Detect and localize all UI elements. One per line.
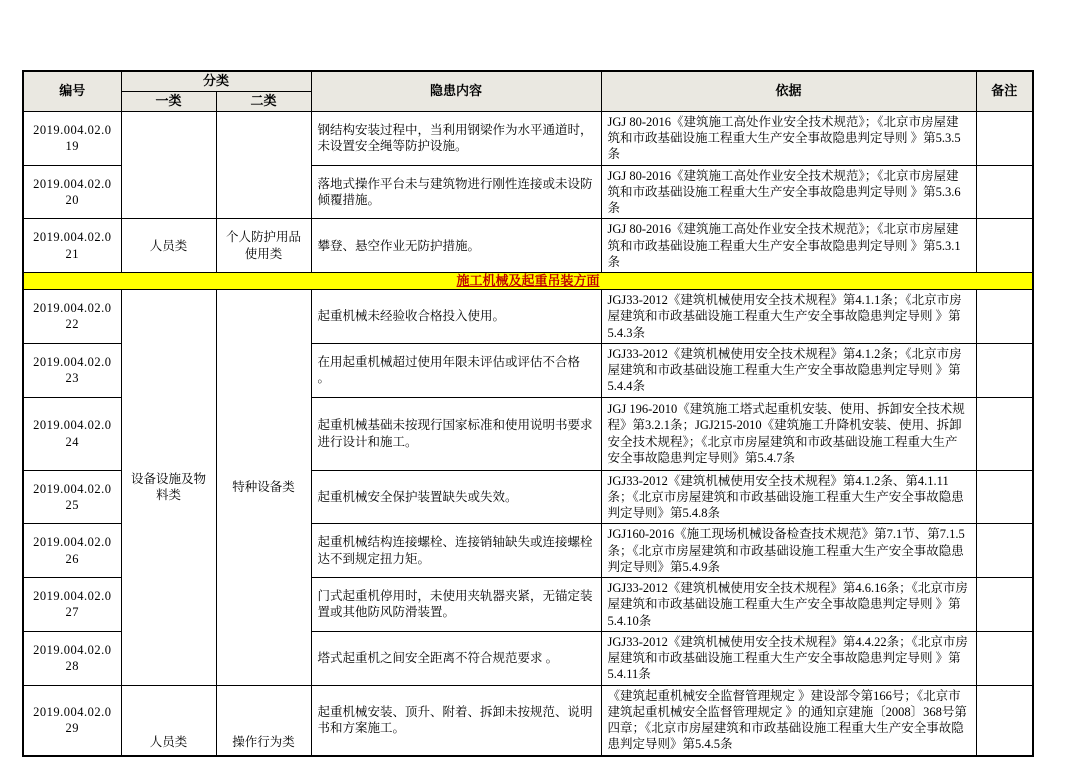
category2-cell: 操作行为类 xyxy=(216,685,311,756)
basis-cell: JGJ33-2012《建筑机械使用安全技术规程》第4.1.2条；《北京市房屋建筑… xyxy=(601,343,976,397)
table-row: 2019.004.02.019 钢结构安装过程中，当利用钢梁作为水平通道时，未设… xyxy=(23,111,1033,165)
remark-cell xyxy=(976,290,1033,344)
id-cell: 2019.004.02.027 xyxy=(23,578,121,632)
basis-cell: JGJ33-2012《建筑机械使用安全技术规程》第4.1.2条、第4.1.11条… xyxy=(601,470,976,524)
section-banner-row: 施工机械及起重吊装方面 xyxy=(23,273,1033,290)
basis-cell: JGJ33-2012《建筑机械使用安全技术规程》第4.1.1条；《北京市房屋建筑… xyxy=(601,290,976,344)
basis-cell: JGJ 196-2010《建筑施工塔式起重机安装、使用、拆卸安全技术规程》第3.… xyxy=(601,397,976,470)
category2-cell: 个人防护用品使用类 xyxy=(216,219,311,273)
header-category2: 二类 xyxy=(216,91,311,111)
hazard-cell: 门式起重机停用时，未使用夹轨器夹紧，无锚定装置或其他防风防滑装置。 xyxy=(311,578,601,632)
remark-cell xyxy=(976,470,1033,524)
hazard-cell: 起重机械安全保护装置缺失或失效。 xyxy=(311,470,601,524)
id-cell: 2019.004.02.019 xyxy=(23,111,121,165)
category1-cell: 人员类 xyxy=(121,685,216,756)
id-cell: 2019.004.02.020 xyxy=(23,165,121,219)
header-category1: 一类 xyxy=(121,91,216,111)
hazard-cell: 起重机械结构连接螺栓、连接销轴缺失或连接螺栓达不到规定扭力矩。 xyxy=(311,524,601,578)
category1-cell: 设备设施及物料类 xyxy=(121,290,216,686)
table-row: 2019.004.02.021 人员类 个人防护用品使用类 攀登、悬空作业无防护… xyxy=(23,219,1033,273)
hazard-cell: 塔式起重机之间安全距离不符合规范要求 。 xyxy=(311,631,601,685)
remark-cell xyxy=(976,219,1033,273)
id-cell: 2019.004.02.028 xyxy=(23,631,121,685)
hazard-cell: 起重机械安装、顶升、附着、拆卸未按规范、说明书和方案施工。 xyxy=(311,685,601,756)
category1-cell xyxy=(121,111,216,219)
basis-cell: 《建筑起重机械安全监督管理规定 》建设部令第166号；《北京市建筑起重机械安全监… xyxy=(601,685,976,756)
section-banner-cell: 施工机械及起重吊装方面 xyxy=(23,273,1033,290)
table-row: 2019.004.02.029 人员类 操作行为类 起重机械安装、顶升、附着、拆… xyxy=(23,685,1033,756)
hazard-cell: 在用起重机械超过使用年限未评估或评估不合格 。 xyxy=(311,343,601,397)
remark-cell xyxy=(976,397,1033,470)
header-basis: 依据 xyxy=(601,71,976,111)
id-cell: 2019.004.02.022 xyxy=(23,290,121,344)
header-hazard: 隐患内容 xyxy=(311,71,601,111)
basis-cell: JGJ33-2012《建筑机械使用安全技术规程》第4.6.16条；《北京市房屋建… xyxy=(601,578,976,632)
id-cell: 2019.004.02.025 xyxy=(23,470,121,524)
hazard-cell: 落地式操作平台未与建筑物进行刚性连接或未设防倾覆措施。 xyxy=(311,165,601,219)
document-page: 编号 分类 隐患内容 依据 备注 一类 二类 2019.004.02.019 钢… xyxy=(0,0,1080,764)
remark-cell xyxy=(976,343,1033,397)
header-remark: 备注 xyxy=(976,71,1033,111)
remark-cell xyxy=(976,111,1033,165)
header-category: 分类 xyxy=(121,71,311,91)
id-cell: 2019.004.02.023 xyxy=(23,343,121,397)
id-cell: 2019.004.02.021 xyxy=(23,219,121,273)
hazard-cell: 起重机械未经验收合格投入使用。 xyxy=(311,290,601,344)
basis-cell: JGJ 80-2016《建筑施工高处作业安全技术规范》；《北京市房屋建筑和市政基… xyxy=(601,165,976,219)
hazard-table: 编号 分类 隐患内容 依据 备注 一类 二类 2019.004.02.019 钢… xyxy=(22,70,1034,757)
id-cell: 2019.004.02.024 xyxy=(23,397,121,470)
category2-cell: 特种设备类 xyxy=(216,290,311,686)
header-id: 编号 xyxy=(23,71,121,111)
category1-cell: 人员类 xyxy=(121,219,216,273)
basis-cell: JGJ 80-2016《建筑施工高处作业安全技术规范》；《北京市房屋建筑和市政基… xyxy=(601,219,976,273)
basis-cell: JGJ33-2012《建筑机械使用安全技术规程》第4.4.22条；《北京市房屋建… xyxy=(601,631,976,685)
category2-cell xyxy=(216,111,311,219)
id-cell: 2019.004.02.029 xyxy=(23,685,121,756)
id-cell: 2019.004.02.026 xyxy=(23,524,121,578)
remark-cell xyxy=(976,165,1033,219)
remark-cell xyxy=(976,631,1033,685)
hazard-cell: 钢结构安装过程中，当利用钢梁作为水平通道时，未设置安全绳等防护设施。 xyxy=(311,111,601,165)
hazard-cell: 攀登、悬空作业无防护措施。 xyxy=(311,219,601,273)
section-banner-text: 施工机械及起重吊装方面 xyxy=(457,273,600,288)
remark-cell xyxy=(976,578,1033,632)
basis-cell: JGJ 80-2016《建筑施工高处作业安全技术规范》；《北京市房屋建筑和市政基… xyxy=(601,111,976,165)
basis-cell: JGJ160-2016《施工现场机械设备检查技术规范》第7.1节、第7.1.5条… xyxy=(601,524,976,578)
remark-cell xyxy=(976,685,1033,756)
table-row: 2019.004.02.022 设备设施及物料类 特种设备类 起重机械未经验收合… xyxy=(23,290,1033,344)
remark-cell xyxy=(976,524,1033,578)
hazard-cell: 起重机械基础未按现行国家标准和使用说明书要求进行设计和施工。 xyxy=(311,397,601,470)
table-header-row: 编号 分类 隐患内容 依据 备注 xyxy=(23,71,1033,91)
